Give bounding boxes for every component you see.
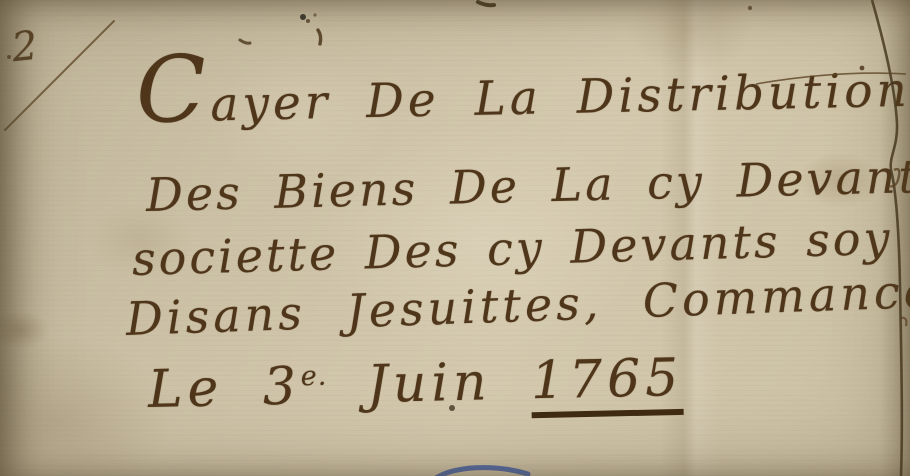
manuscript-date-line: Le 3e. Juin 1765	[147, 348, 684, 420]
date-prefix: Le 3	[147, 357, 301, 420]
manuscript-page-photo: 2 Cayer De La Distribution Des Biens De …	[0, 0, 910, 476]
page-number-dot	[7, 55, 11, 59]
manuscript-line-1: Cayer De La Distribution	[135, 34, 910, 134]
date-ordinal: e.	[300, 361, 327, 393]
date-year-underlined: 1765	[530, 348, 684, 418]
date-month: Juin	[366, 352, 492, 415]
page-number: 2	[10, 23, 40, 71]
